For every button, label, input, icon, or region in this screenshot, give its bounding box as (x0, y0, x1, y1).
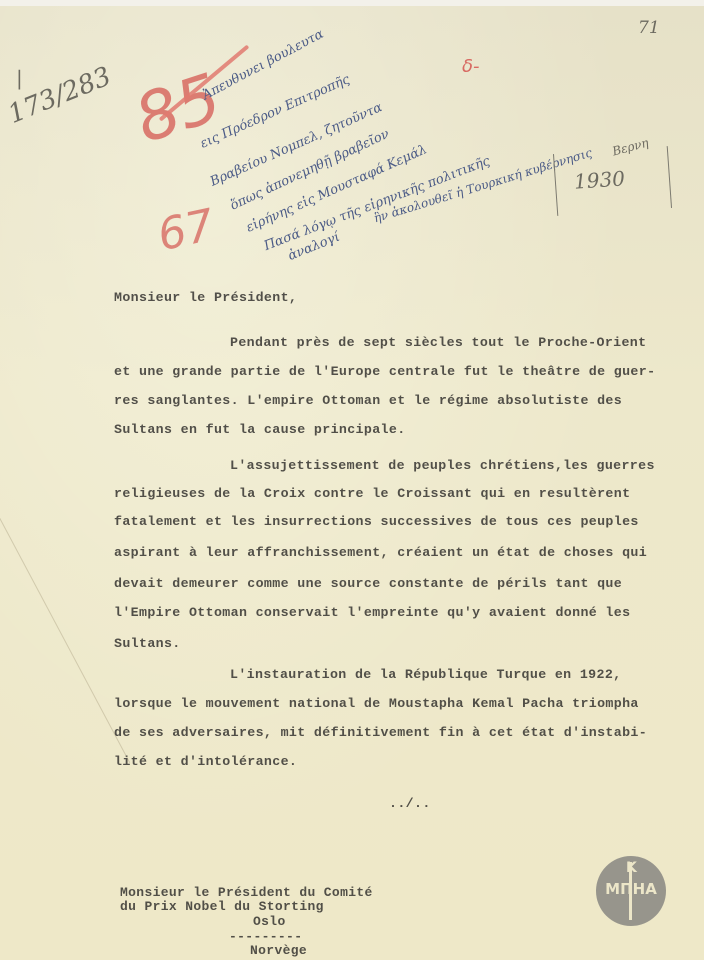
continuation-mark: ../.. (389, 796, 431, 811)
letter-line: religieuses de la Croix contre le Croiss… (114, 486, 630, 501)
letter-line: fatalement et les insurrections successi… (114, 514, 639, 529)
logo-top-letter: K (626, 860, 637, 876)
letter-line: de ses adversaires, mit définitivement f… (114, 725, 647, 740)
letter-line: aspirant à leur affranchissement, créaie… (114, 545, 647, 560)
letter-line: Pendant près de sept siècles tout le Pro… (230, 335, 646, 350)
letter-line: devait demeurer comme une source constan… (114, 576, 622, 591)
addressee-line-1: Monsieur le Président du Comité (120, 886, 373, 900)
letter-line: lorsque le mouvement national de Moustap… (114, 696, 639, 711)
letter-line: Sultans en fut la cause principale. (114, 422, 406, 437)
salutation: Monsieur le Président, (114, 290, 297, 305)
archive-mark: | (16, 66, 23, 90)
addressee-country: Norvège (250, 944, 307, 958)
archive-logo: K ΜΠΗΑ (596, 856, 666, 926)
addressee-separator: --------- (229, 930, 302, 944)
letter-line: L'assujettissement de peuples chrétiens,… (230, 458, 655, 473)
date-box-year: 1930 (573, 166, 625, 193)
letter-line: res sanglantes. L'empire Ottoman et le r… (114, 393, 622, 408)
letter-line: L'instauration de la République Turque e… (230, 667, 621, 682)
red-mark: δ- (462, 56, 480, 77)
letter-line: et une grande partie de l'Europe central… (114, 364, 655, 379)
addressee-line-2: du Prix Nobel du Storting (120, 900, 324, 914)
letter-line: lité et d'intolérance. (114, 754, 297, 769)
logo-letters: ΜΠΗΑ (596, 880, 666, 898)
page-number: 71 (638, 18, 660, 38)
letter-line: l'Empire Ottoman conservait l'empreinte … (114, 605, 630, 620)
letter-line: Sultans. (114, 636, 181, 651)
addressee-city: Oslo (253, 915, 286, 929)
